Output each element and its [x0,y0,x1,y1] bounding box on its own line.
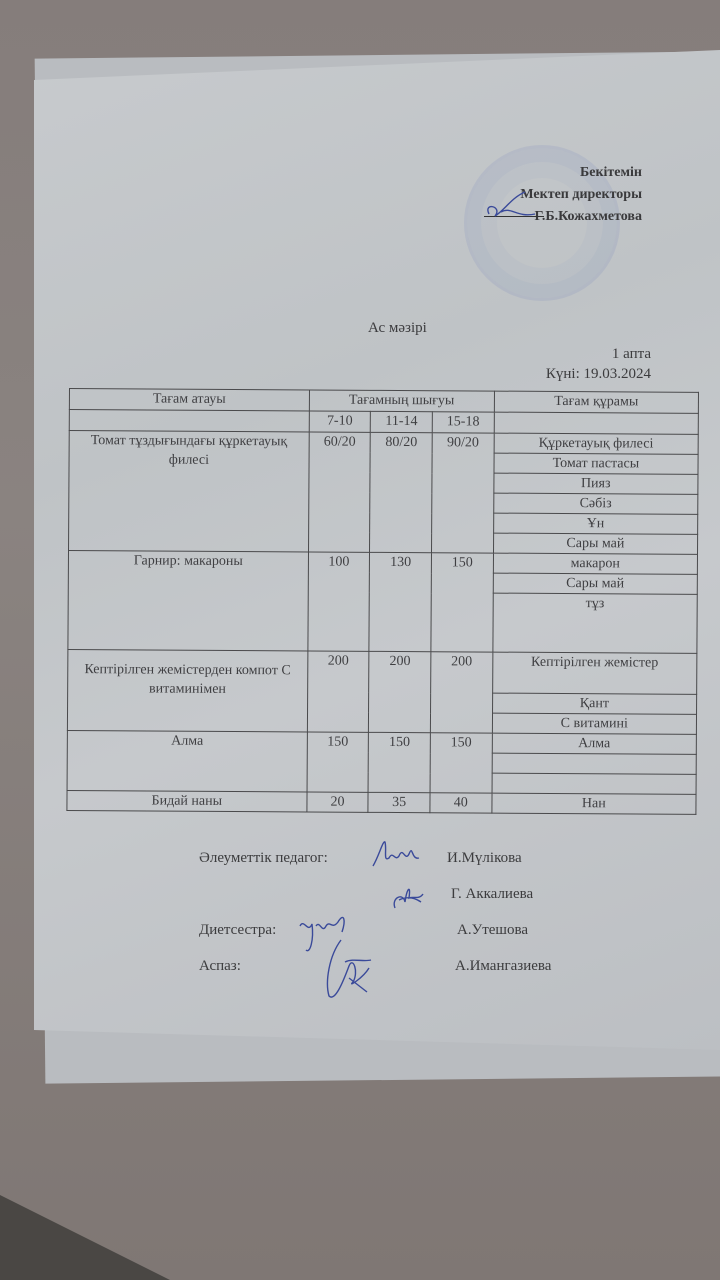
header-age-15-18: 15-18 [432,412,494,433]
portion: 90/20 [432,433,494,553]
ingredient: тұз [493,593,698,653]
header-output: Тағамның шығуы [309,390,494,412]
staff-role: Аспаз: [199,958,241,975]
ingredient: Кептірілген жемістер [492,652,697,694]
ingredient [492,753,696,774]
staff-row: Аспаз: А.Имангазиева [199,958,619,978]
header-age-11-14: 11-14 [371,411,433,432]
director-signature-icon [481,188,541,222]
ingredient: Томат пастасы [494,453,698,474]
approval-heading: Бекітемін [520,162,642,184]
portion: 60/20 [308,432,370,552]
ingredient: Сары май [493,533,697,554]
desk-corner [0,1195,170,1280]
signature-icon [389,880,429,914]
signature-icon [369,836,429,878]
staff-name: А.Имангазиева [455,958,551,975]
table-row: Томат тұздығындағы құркетауық филесі 60/… [69,431,698,455]
portion: 200 [307,651,369,732]
dish-name: Томат тұздығындағы құркетауық филесі [69,431,309,552]
portion: 100 [308,552,370,651]
document-title: Ас мәзірі [368,320,427,337]
staff-role: Әлеуметтік педагог: [199,850,328,867]
staff-row: Диетсестра: А.Утешова [199,922,619,942]
portion: 150 [431,553,493,652]
ingredient: Алма [492,733,696,754]
portion: 200 [430,652,492,733]
ingredient: Сәбіз [493,493,697,514]
staff-name: Г. Аккалиева [451,886,533,903]
ingredient: Сары май [493,573,697,594]
header-empty [69,410,309,432]
ingredient [492,773,696,794]
dish-name: Бидай наны [67,790,307,811]
table-row: Алма 150 150 150 Алма [67,730,696,754]
portion: 40 [430,793,492,813]
date-label: Күні: 19.03.2024 [546,366,651,383]
ingredient: Пияз [494,473,698,494]
ingredient: Ұн [493,513,697,534]
staff-signatures: Әлеуметтік педагог: И.Мүлікова Г. Аккали… [199,850,619,994]
table-row: Кептірілген жемістерден компот С витамин… [68,649,697,694]
table-row: Гарнир: макароны 100 130 150 макарон [68,551,697,575]
ingredient: Құркетауық филесі [494,433,698,454]
dish-name: Алма [67,730,307,791]
portion: 20 [307,792,369,812]
dish-name: Кептірілген жемістерден компот С витамин… [67,649,307,731]
header-dish-name: Тағам атауы [69,389,309,411]
menu-table: Тағам атауы Тағамның шығуы Тағам құрамы … [66,388,699,815]
staff-role: Диетсестра: [199,922,276,939]
dish-name: Гарнир: макароны [68,551,308,651]
table-row: Бидай наны 20 35 40 Нан [67,790,696,814]
portion: 35 [368,792,430,812]
ingredient: макарон [493,553,697,574]
staff-name: А.Утешова [457,922,528,939]
portion: 150 [368,732,430,792]
signature-icon [319,932,379,1004]
ingredient: С витамині [492,713,696,734]
header-composition: Тағам құрамы [494,391,698,413]
week-label: 1 апта [612,346,651,363]
portion: 150 [307,732,369,792]
portion: 80/20 [370,432,432,552]
header-empty [494,412,698,434]
ingredient: Нан [492,793,696,814]
portion: 200 [369,651,431,732]
ingredient: Қант [492,693,696,714]
header-age-7-10: 7-10 [309,411,371,432]
dish-name-text: Гарнир: макароны [134,553,243,569]
staff-name: И.Мүлікова [447,850,522,867]
portion: 150 [430,733,492,793]
menu-document: Бекітемін Мектеп директоры Г.Б.Кожахмето… [34,50,720,1050]
portion: 130 [369,552,431,651]
